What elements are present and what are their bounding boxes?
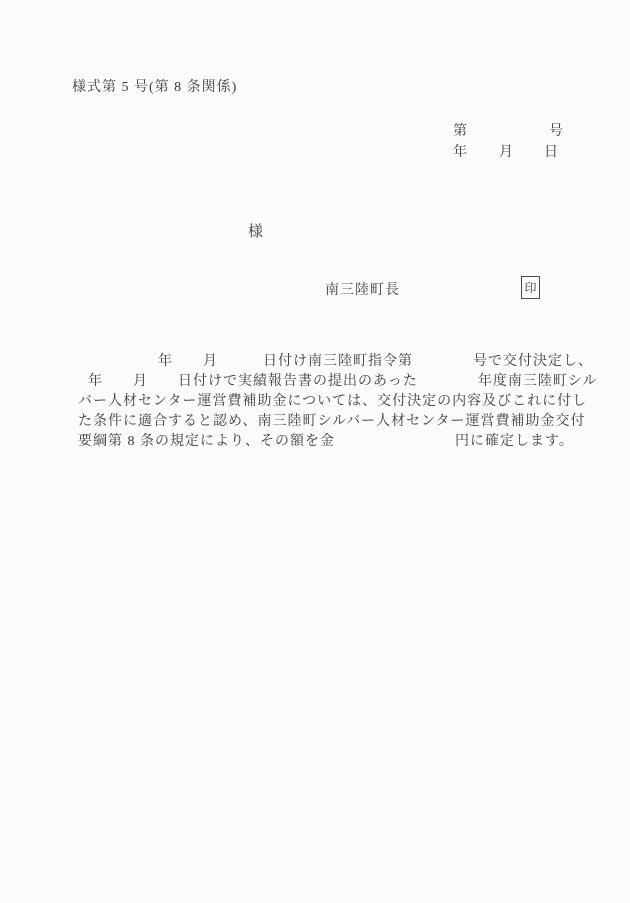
- form-number-label: 様式第 5 号(第 8 条関係): [72, 76, 237, 96]
- body-line-2: 年 月 日付けで実績報告書の提出のあった 年度南三陸町シル: [78, 372, 603, 392]
- document-page: 様式第 5 号(第 8 条関係) 第 号 年 月 日 様 南三陸町長 印 年 月…: [0, 0, 630, 903]
- date-day-label: 日: [544, 141, 558, 161]
- date-month-label: 月: [499, 141, 513, 161]
- seal-character: 印: [524, 279, 536, 296]
- body-line-3: バー人材センター運営費補助金については、交付決定の内容及びこれに付し: [78, 392, 603, 412]
- date-year-label: 年: [453, 141, 467, 161]
- body-paragraph: 年 月 日付け南三陸町指令第 号で交付決定し、 年 月 日付けで実績報告書の提出…: [78, 352, 603, 452]
- body-line-5: 要綱第 8 条の規定により、その額を金 円に確定します。: [78, 432, 603, 452]
- sender-title: 南三陸町長: [325, 279, 400, 299]
- document-number-prefix: 第: [453, 120, 467, 140]
- document-number-suffix: 号: [549, 120, 563, 140]
- body-line-1: 年 月 日付け南三陸町指令第 号で交付決定し、: [78, 352, 603, 372]
- addressee-honorific: 様: [248, 220, 263, 241]
- body-line-4: た条件に適合すると認め、南三陸町シルバー人材センター運営費補助金交付: [78, 412, 603, 432]
- seal-mark: 印: [521, 276, 540, 299]
